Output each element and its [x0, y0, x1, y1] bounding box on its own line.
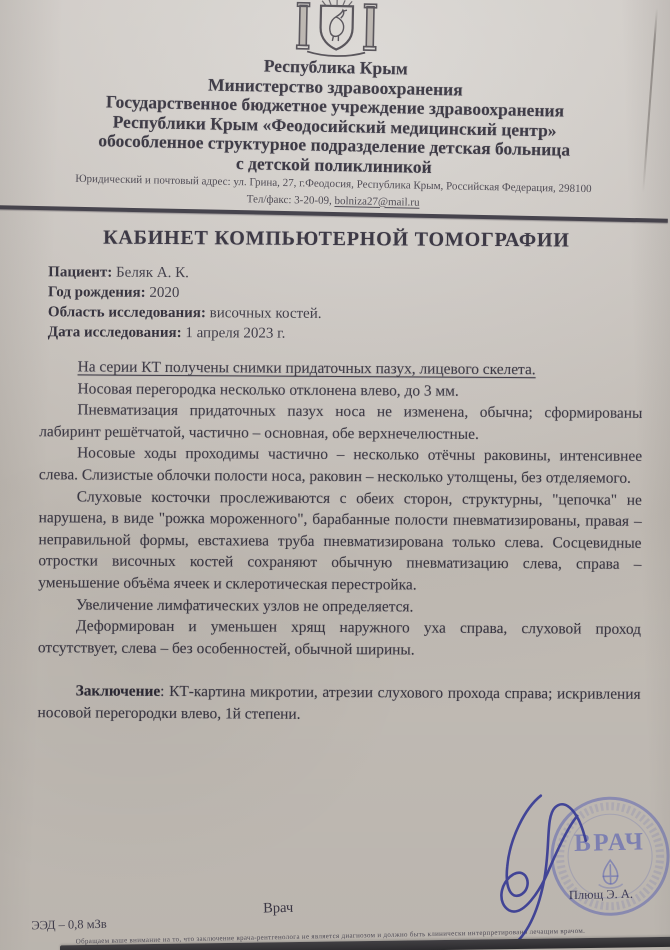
findings-intro: На серии КТ получены снимки придаточных … [40, 356, 643, 381]
findings-block: На серии КТ получены снимки придаточных … [37, 356, 642, 727]
conclusion-paragraph: Заключение: КТ-картина микротии, атрезии… [37, 681, 640, 728]
crimea-coat-of-arms-icon [293, 0, 380, 59]
org-name-block: Республика Крым Министерство здравоохран… [0, 51, 670, 181]
radiation-dose: ЭЭД – 0,8 мЗв [31, 917, 107, 934]
email-address: bolniza27@mail.ru [334, 195, 419, 209]
finding-paragraph: Носовые ходы проходимы частично – нескол… [39, 443, 642, 490]
page-title: КАБИНЕТ КОМПЬЮТЕРНОЙ ТОМОГРАФИИ [1, 226, 670, 253]
finding-paragraph: Слуховые косточки прослеживаются с обеих… [38, 486, 642, 598]
report-body: КАБИНЕТ КОМПЬЮТЕРНОЙ ТОМОГРАФИИ Пациент:… [0, 210, 670, 728]
patient-info-block: Пациент: Беляк А. К. Год рождения: 2020 … [48, 262, 670, 346]
signature-block: ЭЭД – 0,8 мЗв Врач Плющ Э. А. ВРАЧ Обращ… [0, 753, 670, 950]
doctor-signature [476, 773, 670, 949]
doctor-label: Врач [263, 900, 293, 918]
finding-paragraph: Пневматизация придаточных пазух носа не … [39, 399, 642, 446]
letterhead: Республика Крым Министерство здравоохран… [0, 0, 670, 222]
scanned-ct-report: Республика Крым Министерство здравоохран… [0, 0, 670, 950]
phone-fax: Тел/факс: 3-20-09, [247, 193, 335, 207]
study-date-row: Дата исследования: 1 апреля 2023 г. [48, 322, 670, 346]
finding-paragraph: Деформирован и уменьшен хрящ наружного у… [38, 615, 641, 662]
